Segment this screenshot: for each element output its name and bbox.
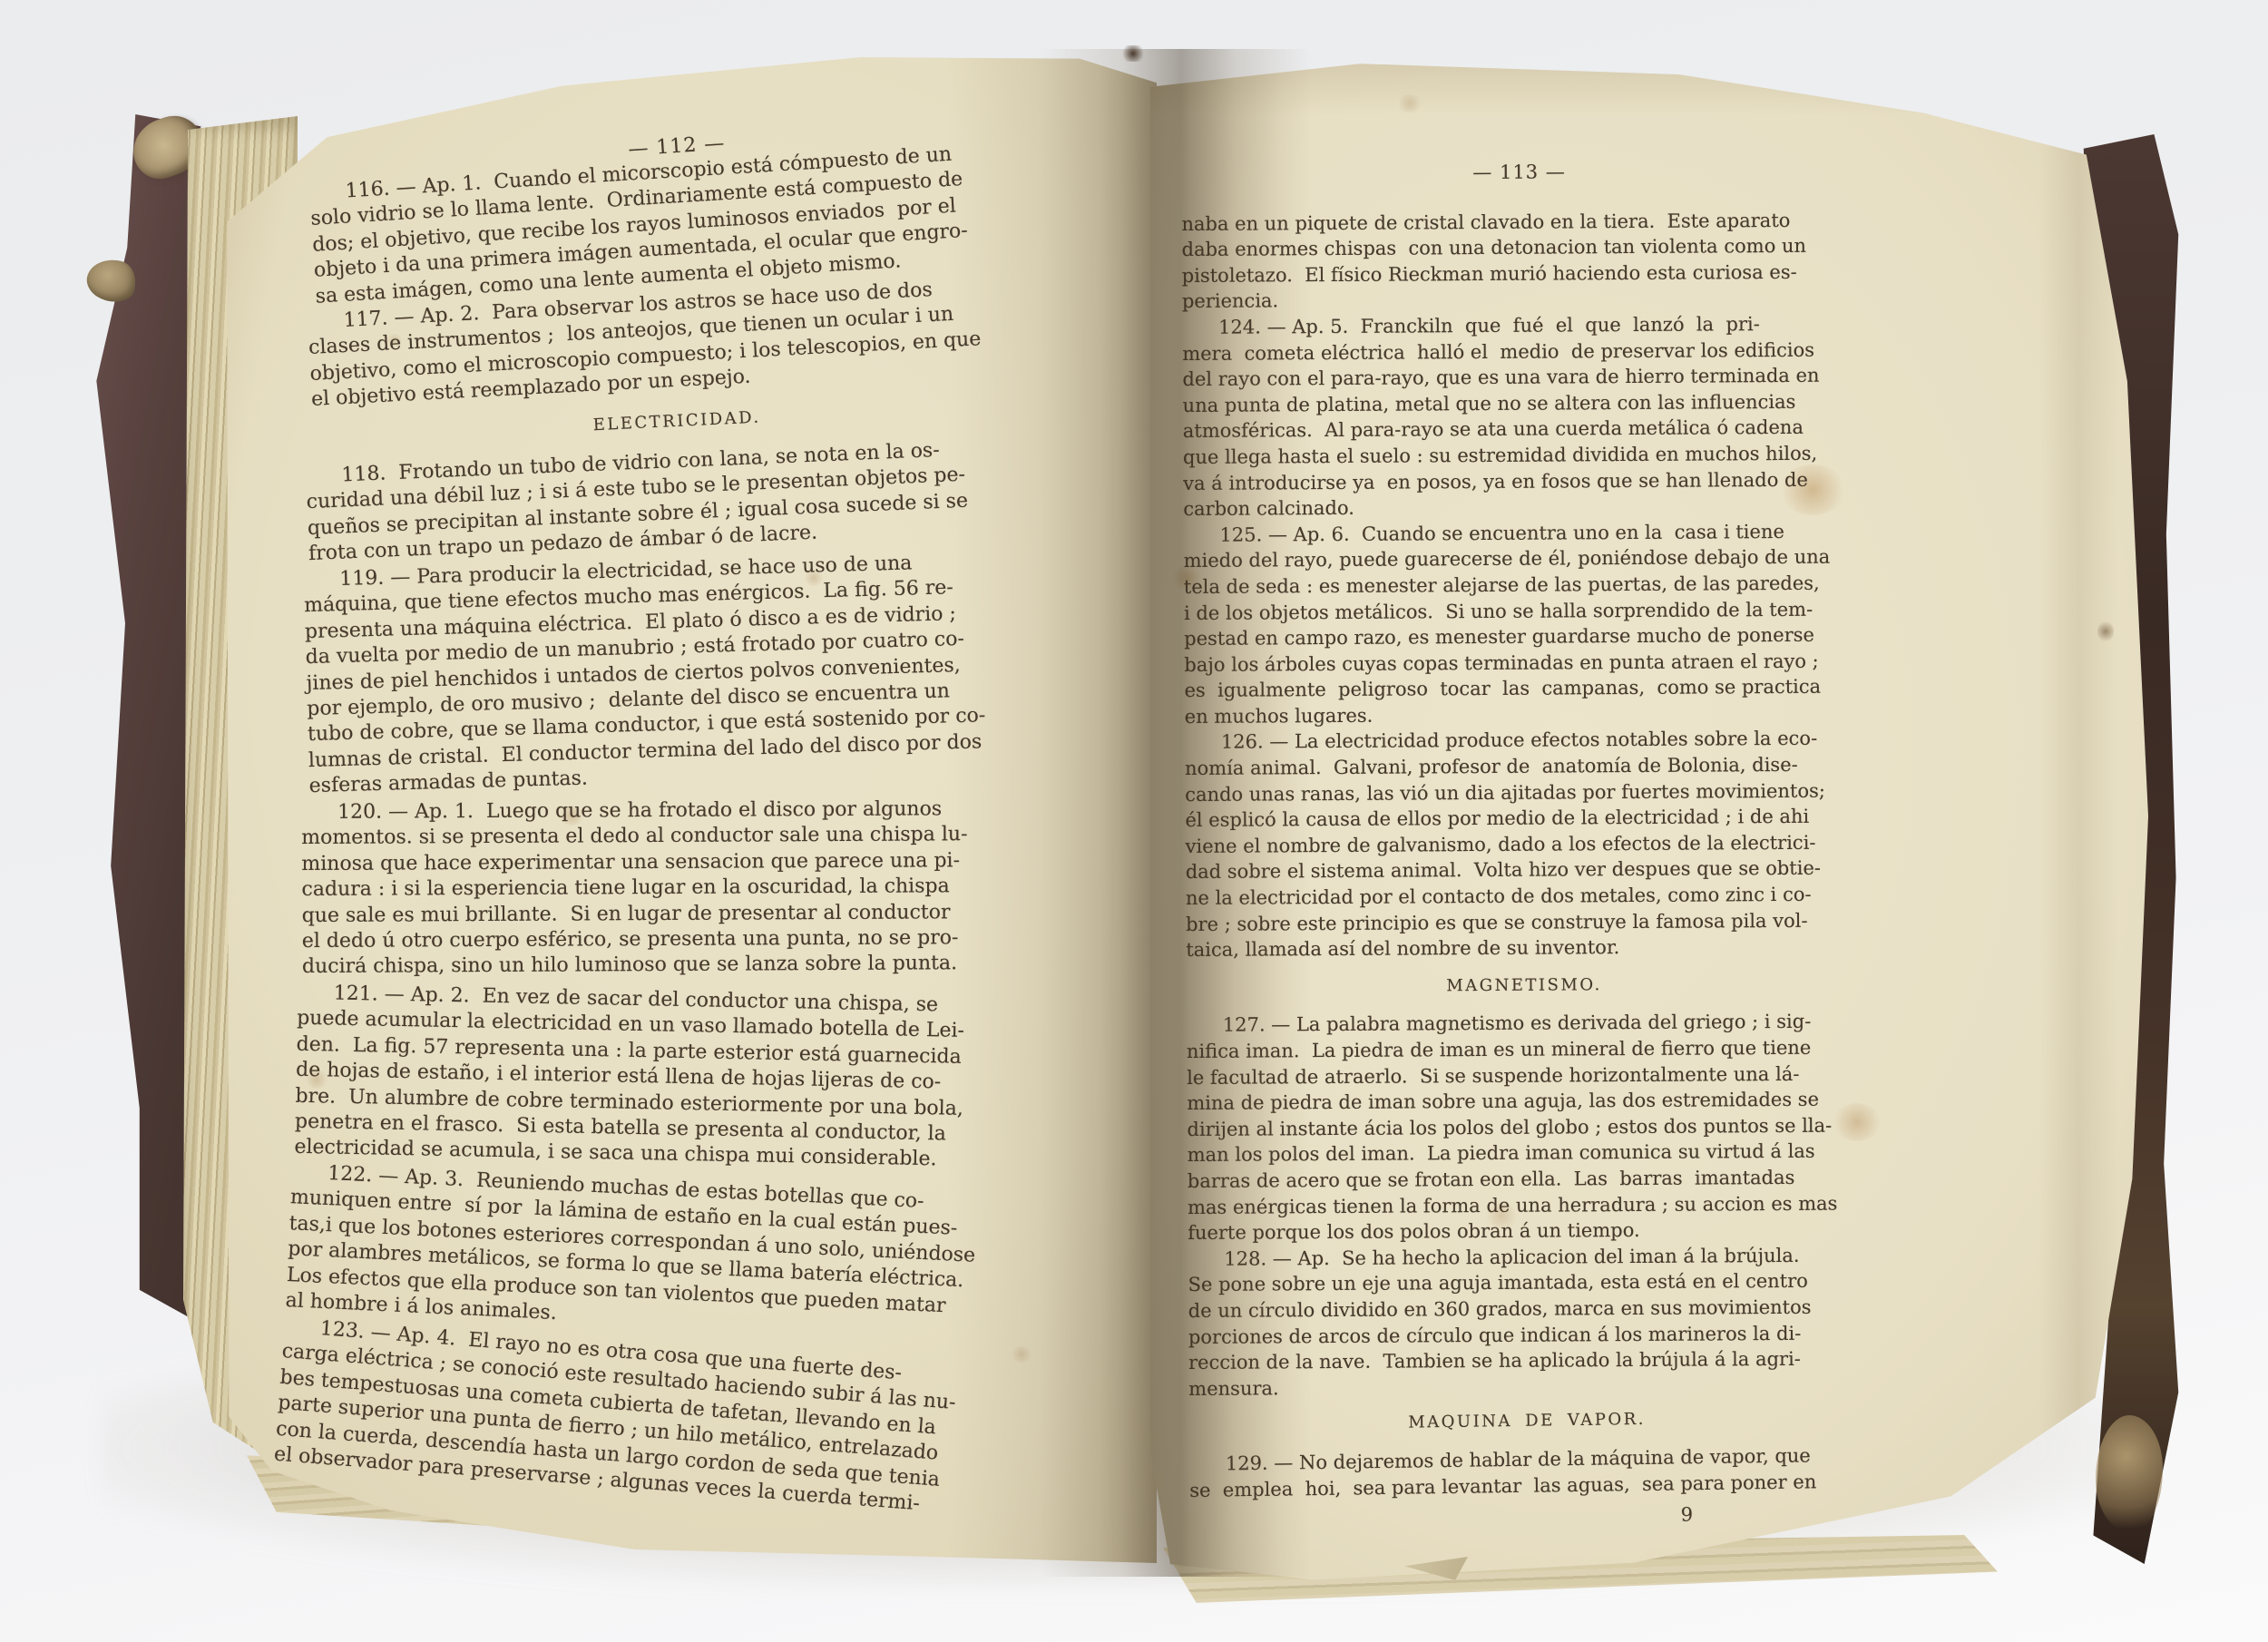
paragraph-129: 129. — No dejaremos de hablar de la máqu… xyxy=(1189,1442,1866,1503)
page-number-header-113: — 113 — xyxy=(1181,157,1857,187)
left-page-text: — 112 — 116. — Ap. 1. Cuando el micorsco… xyxy=(308,134,1045,1470)
paragraph-125: 125. — Ap. 6. Cuando se encuentra uno en… xyxy=(1183,518,1860,729)
right-cover-wear-patch xyxy=(2096,1415,2163,1533)
section-heading-maquina-de-vapor: MAQUINA DE VAPOR. xyxy=(1188,1404,1864,1440)
paragraph-120: 120. — Ap. 1. Luego que se ha frotado el… xyxy=(301,797,1039,981)
paragraph-128: 128. — Ap. Se ha hecho la aplicacion del… xyxy=(1188,1242,1864,1402)
right-page-text: — 113 — naba en un piquete de cristal cl… xyxy=(1181,157,1865,1530)
paragraph-121: 121. — Ap. 2. En vez de sacar del conduc… xyxy=(294,980,1034,1174)
paragraph-119: 119. — Para producir la electricidad, se… xyxy=(303,548,1046,800)
paragraph-124: 124. — Ap. 5. Franckiln que fué el que l… xyxy=(1182,310,1859,522)
paragraph-118: 118. Frotando un tubo de vidrio con lana… xyxy=(305,435,1045,569)
paragraph-126: 126. — La electricidad produce efectos n… xyxy=(1185,726,1862,963)
paragraph-123-continuation: naba en un piquete de cristal clavado en… xyxy=(1181,207,1858,315)
signature-mark: 9 xyxy=(1189,1501,1865,1531)
paragraph-122: 122. — Ap. 3. Reuniendo muchas de estas … xyxy=(285,1160,1028,1349)
section-heading-magnetismo: MAGNETISMO. xyxy=(1186,971,1862,1001)
paragraph-127: 127. — La palabra magnetismo es derivada… xyxy=(1187,1009,1864,1246)
book-photo: — 112 — 116. — Ap. 1. Cuando el micorsco… xyxy=(0,0,2268,1642)
headband-speck xyxy=(1121,45,1145,62)
